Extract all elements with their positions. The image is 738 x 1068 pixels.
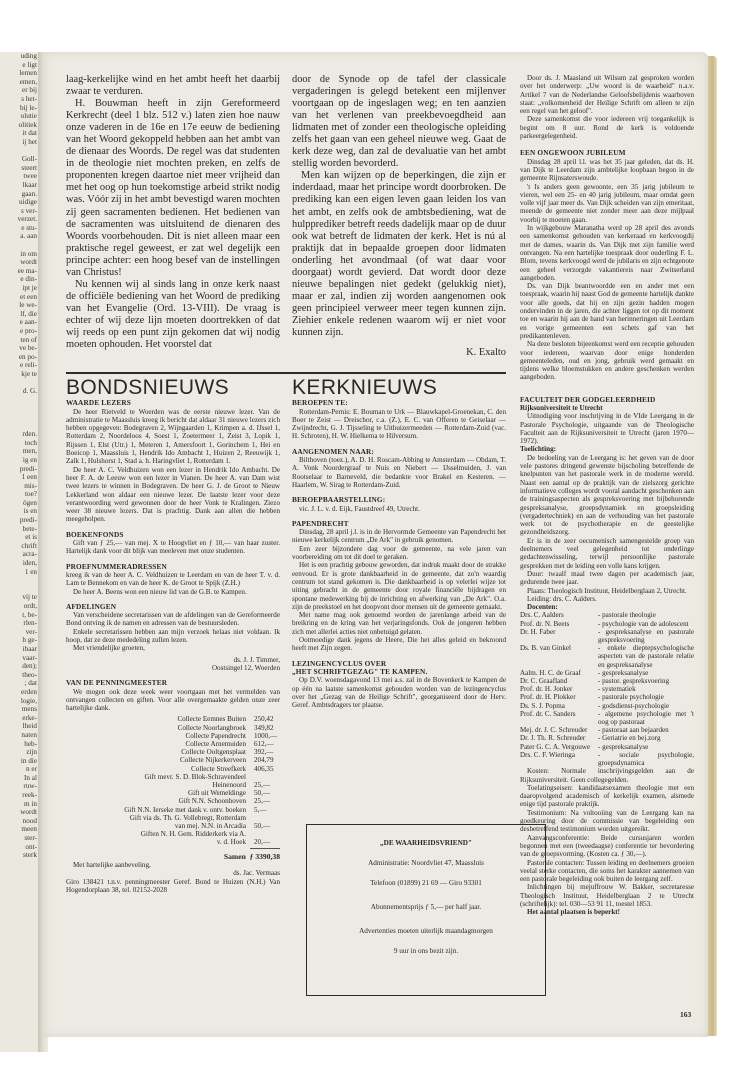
donation-row: van mej. N.N. in Arcadia50,— [124, 822, 280, 830]
section-heading: EEN ONGEWOON JUBILEUM [520, 149, 694, 157]
paragraph: Met vriendelijke groeten, [66, 644, 280, 652]
paragraph: 't Is anders geen gewoonte, een 35 jarig… [520, 183, 694, 224]
bondsnieuws-title: BONDSNIEUWS [66, 384, 280, 392]
donation-row: Heinenoord25,— [124, 781, 280, 789]
page-number: 163 [680, 1010, 691, 1019]
paragraph: De heer A. C. Veldhuizen won een lezer i… [66, 466, 280, 524]
paragraph: Na deze besloten bijeenkomst werd een re… [520, 340, 694, 381]
ad-deadline: Advertenties moeten uiterlijk maandagmor… [307, 927, 545, 935]
donation-row: Collecte Eemnes Buiten250,42 [124, 715, 280, 723]
paragraph: Testimonium: Na voltooiing van de Leerga… [520, 809, 694, 834]
right-column: Door ds. J. Maasland uit Wilsum zal gesp… [520, 74, 694, 917]
paragraph: kreeg ik van de heer A. C. Veldhuizen te… [66, 571, 280, 588]
donation-row: Gift uit Wemeldinge50,— [124, 789, 280, 797]
paragraph: Van verscheidene secretarissen van de af… [66, 611, 280, 628]
donation-row: Gift N.N. Ierseke met dank v. ontv. boek… [124, 806, 280, 814]
donation-row: Gift mevr. S. D. Blok-Schravendeel [124, 773, 280, 781]
lecturer-row: Ds. B. van Ginkel- enkele dieptepsycholo… [520, 644, 694, 669]
paragraph: Duur: twaalf maal twee dagen per academi… [520, 570, 694, 587]
donation-row: Collecte Arnemuiden612,— [124, 740, 280, 748]
section-divider [66, 372, 506, 374]
section-heading: BEROEPEN TE: [292, 399, 506, 407]
kerknieuws-section: KERKNIEUWS BEROEPEN TE: Rotterdam-Pernis… [292, 384, 506, 709]
lecturer-row: Aalm. H. C. de Graaf- gespreksanalyse [520, 669, 694, 677]
paragraph: Met hartelijke aanbeveling, [66, 861, 280, 869]
lecturer-row: Prof. dr. C. Sanders- algemene psycholog… [520, 710, 694, 726]
article-paragraph: laag-kerkelijke wind en het ambt heeft h… [66, 74, 280, 98]
total-row: Samen ƒ 3390,38 [66, 853, 280, 861]
magazine-page: laag-kerkelijke wind en het ambt heeft h… [44, 52, 708, 1037]
paragraph: Ds. van Dijk beantwoordde een en ander m… [520, 282, 694, 340]
section-heading: PAPENDRECHT [292, 520, 506, 528]
donation-row: Gift N.N. Schoonhoven25,— [124, 797, 280, 805]
signature-name: ds. J. J. Timmer, [66, 656, 280, 664]
donation-row: Collecte Ooltgensplaat392,— [124, 748, 280, 756]
paragraph: Een zeer bijzondere dag voor de gemeente… [292, 545, 506, 562]
paragraph: Kosten: Normale inschrijvingsgelden aan … [520, 767, 694, 784]
section-heading: PROEFNUMMERADRESSEN [66, 563, 280, 571]
lecturer-row: Prof. dr. H. Plokker- pastorale psycholo… [520, 693, 694, 701]
section-heading: AFDELINGEN [66, 603, 280, 611]
section-heading: BOEKENFONDS [66, 531, 280, 539]
publication-title: „DE WAARHEIDSVRIEND" [307, 839, 545, 847]
paragraph: Pastorale contacten: Tussen leiding en d… [520, 859, 694, 884]
paragraph: vic. J. L. v. d. Eijk, Faustdreef 49, Ut… [292, 505, 506, 513]
bondsnieuws-section: BONDSNIEUWS WAARDE LEZERS De heer Rietve… [66, 384, 280, 894]
article-paragraph: H. Bouwman heeft in zijn Gereformeerd Ke… [66, 98, 280, 279]
administration-address: Administratie: Noordvliet 47, Maassluis [307, 859, 545, 867]
subscription-info-box: „DE WAARHEIDSVRIEND" Administratie: Noor… [306, 824, 546, 996]
donation-row: Collecte Nijkerkerveen204,79 [124, 756, 280, 764]
section-heading: FACULTEIT DER GODGELEERDHEID [520, 396, 694, 404]
paragraph: Uitnodiging voor inschrijving in de VIde… [520, 412, 694, 445]
signature-address: Oostsingel 12, Woerden [66, 664, 280, 672]
donations-table: Collecte Eemnes Buiten250,42Collecte Noo… [124, 715, 280, 846]
section-heading: BEROEPBAARSTELLING: [292, 496, 506, 504]
paragraph: Het aantal plaatsen is beperkt! [520, 908, 694, 916]
donation-row: Giften N. H. Gem. Ridderkerk via A. [124, 830, 280, 838]
donation-row: Collecte Papendrecht1000,— [124, 732, 280, 740]
paragraph: Inlichtingen bij mejuffrouw W. Bakker, s… [520, 883, 694, 908]
donation-row: Collecte Streefkerk406,35 [124, 765, 280, 773]
subheading: Rijksuniversiteit te Utrecht [520, 404, 694, 412]
article-paragraph: Nu kennen wij al sinds lang in onze kerk… [66, 279, 280, 351]
article-paragraph: door de Synode op de tafel der classical… [292, 74, 506, 170]
paragraph: Plaats: Theologisch Instituut, Heidelber… [520, 587, 694, 595]
lecturer-row: Prof. dr. N. Beets- psychologie van de a… [520, 620, 694, 628]
label: Toelichting: [520, 445, 694, 453]
donation-row: v. d. Hoek20,— [124, 838, 280, 846]
article-column-1: laag-kerkelijke wind en het ambt heeft h… [66, 74, 280, 351]
paragraph: Door ds. J. Maasland uit Wilsum zal gesp… [520, 74, 694, 115]
lecturer-row: Drs. C. F. Wieringa- sociale psychologie… [520, 751, 694, 767]
ad-deadline-time: 9 uur in ons bezit zijn. [307, 947, 545, 955]
paragraph: De heer A. Beens won een nieuw lid van d… [66, 588, 280, 596]
sum-line [250, 848, 280, 849]
lecturer-row: Drs. C. Aalders- pastorale theologie [520, 611, 694, 619]
paragraph: Dinsdag, 28 april j.l. is in de Hervormd… [292, 528, 506, 545]
paragraph: We mogen ook deze week weer voortgaan me… [66, 688, 280, 713]
subscription-price: Abonnementsprijs ƒ 5,— per half jaar. [307, 903, 545, 911]
section-heading: VAN DE PENNINGMEESTER [66, 679, 280, 687]
paragraph: De heer Rietveld te Woerden was de eerst… [66, 408, 280, 466]
paragraph: De bedoeling van de Leergang is: het gev… [520, 454, 694, 537]
article-column-2: door de Synode op de tafel der classical… [292, 74, 506, 359]
page-edge [707, 56, 717, 1036]
lecturers-table: Drs. C. Aalders- pastorale theologieProf… [520, 611, 694, 767]
article-author: K. Exalto [292, 347, 506, 359]
lecturer-row: Dr. C. Graafland- pastor. gespreksvoerin… [520, 677, 694, 685]
previous-page-text-fragments: uding e ligt lemen emen, er bij s het- b… [0, 52, 40, 860]
paragraph: Ootmoedige dank jegens de Heere, Die het… [292, 636, 506, 653]
lecturer-row: Mej. dr. J. C. Schreuder- pastoraat aan … [520, 726, 694, 734]
paragraph: Leiding: drs. C. Aalders. [520, 595, 694, 603]
article-paragraph: Men kan wijzen op de beperkingen, die zi… [292, 170, 506, 339]
paragraph: Op D.V. woensdagavond 13 mei a.s. zal in… [292, 676, 506, 709]
lecturer-row: Prof. dr. H. Jonker- systematiek [520, 685, 694, 693]
paragraph: Het is een prachtig gebouw geworden, dat… [292, 561, 506, 611]
kerknieuws-title: KERKNIEUWS [292, 384, 506, 392]
phone-giro: Telefoon (01899) 21 69 — Giro 93301 [307, 879, 545, 887]
paragraph: Enkele secretarissen hebben aan mijn ver… [66, 628, 280, 645]
paragraph: Dinsdag 28 april l.l. was het 35 jaar ge… [520, 158, 694, 183]
paragraph: Er is in de zeer oecumenisch samengestel… [520, 537, 694, 570]
paragraph: Toelatingseisen: kandidaatsexamen theolo… [520, 784, 694, 809]
label: Docenten: [520, 603, 694, 611]
lecturer-row: Ds. S. J. Popma- godsdienst-psychologie [520, 702, 694, 710]
paragraph: Bilthoven (toez.), A. D. H. Roscam-Abbin… [292, 456, 506, 489]
paragraph: Rotterdam-Pernis: E. Bouman te Urk — Bla… [292, 408, 506, 441]
donation-row: Gift via ds. Th. G. Vollebregt, Rotterda… [124, 814, 280, 822]
paragraph: Met name mag ook genoemd worden de jaren… [292, 611, 506, 636]
paragraph: Gift van ƒ 25,— van mej. X te Hoogvliet … [66, 539, 280, 556]
donation-row: Collecte Noorlangbroek349,82 [124, 724, 280, 732]
section-heading: AANGENOMEN NAAR: [292, 448, 506, 456]
lecturer-row: Dr. H. Faber- gespreksanalyse en pastora… [520, 628, 694, 644]
paragraph: In wijkgebouw Maranatha werd op 28 april… [520, 224, 694, 282]
section-heading: „HET SCHRIFTGEZAG" TE KAMPEN. [292, 668, 506, 676]
previous-page-edge: uding e ligt lemen emen, er bij s het- b… [0, 52, 40, 1052]
paragraph: Aanvangsconferentie: Beide cursusjaren w… [520, 834, 694, 859]
section-heading: WAARDE LEZERS [66, 399, 280, 407]
lecturer-row: Dr. J. Th. R. Schreuder- Geriatrie en be… [520, 734, 694, 742]
paragraph: Deze samenkomst die voor iedereen vrij t… [520, 115, 694, 140]
lecturer-row: Pater G. C. A. Vergouwe- gespreksanalyse [520, 743, 694, 751]
giro-info: Giro 138421 t.n.v. penningmeester Geref.… [66, 878, 280, 895]
signature-name: ds. Jac. Vermaas [66, 869, 280, 877]
